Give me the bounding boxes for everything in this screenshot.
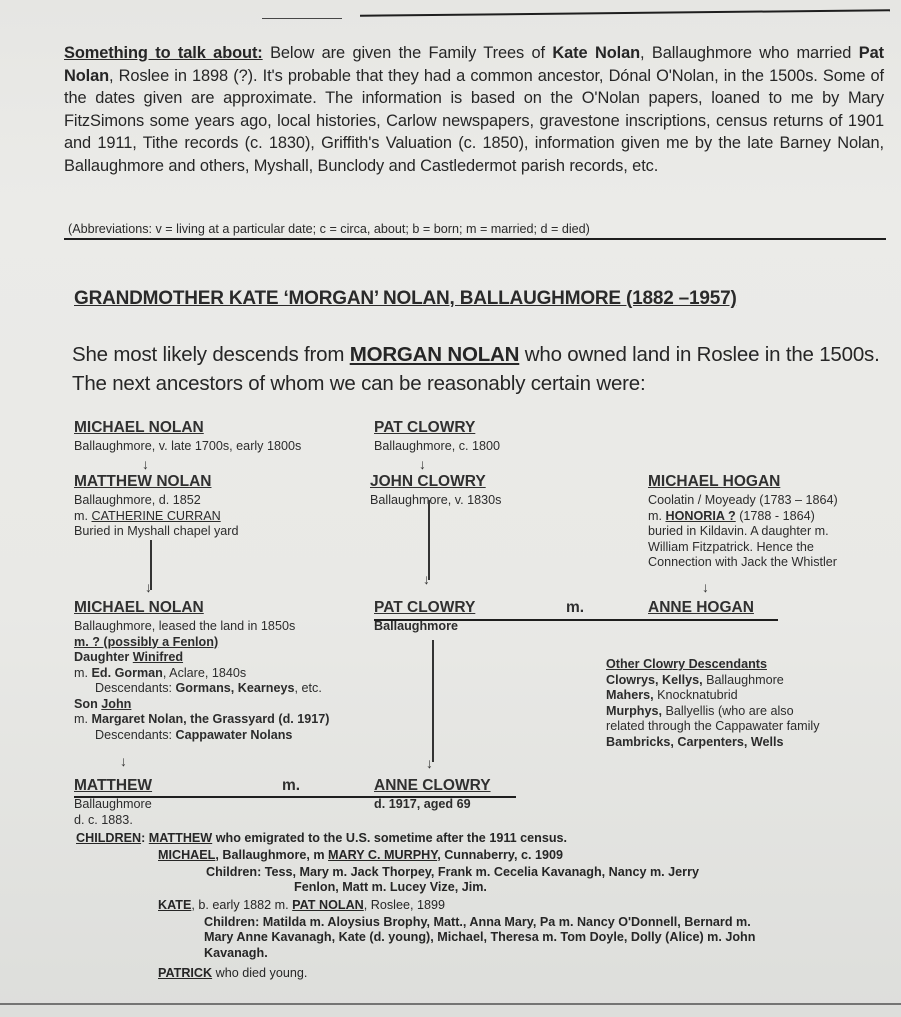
child-michael: MICHAEL, Ballaughmore, m MARY C. MURPHY,… — [158, 848, 699, 896]
child-kate: KATE, b. early 1882 m. PAT NOLAN, Roslee… — [158, 898, 755, 961]
person-anne-clowry: ANNE CLOWRY d. 1917, aged 69 — [374, 777, 491, 813]
marriage-label: m. — [566, 599, 584, 617]
person-michael-nolan-1: MICHAEL NOLAN Ballaughmore, v. late 1700… — [74, 419, 301, 455]
other-clowry-descendants: Other Clowry Descendants Clowrys, Kellys… — [606, 657, 820, 750]
children-label: CHILDREN — [76, 831, 141, 845]
child-patrick: PATRICK who died young. — [158, 966, 307, 982]
connector-line — [432, 640, 434, 762]
arrow-down-icon: ↓ — [423, 572, 430, 586]
person-pat-clowry-2: PAT CLOWRY Ballaughmore — [374, 599, 475, 635]
person-michael-hogan: MICHAEL HOGAN Coolatin / Moyeady (1783 –… — [648, 473, 838, 571]
spouse-catherine-curran: CATHERINE CURRAN — [92, 509, 221, 523]
arrow-down-icon: ↓ — [120, 754, 127, 768]
children-section: CHILDREN: MATTHEW who emigrated to the U… — [76, 831, 567, 847]
arrow-down-icon: ↓ — [702, 580, 709, 594]
arrow-down-icon: ↓ — [145, 580, 152, 594]
person-michael-nolan-2: MICHAEL NOLAN Ballaughmore, leased the l… — [74, 599, 329, 743]
person-pat-clowry-1: PAT CLOWRY Ballaughmore, c. 1800 — [374, 419, 500, 455]
person-matthew-nolan: MATTHEW NOLAN Ballaughmore, d. 1852 m. C… — [74, 473, 239, 540]
abbreviations-note: (Abbreviations: v = living at a particul… — [68, 222, 590, 236]
arrow-down-icon: ↓ — [419, 457, 426, 471]
person-matthew: MATTHEW Ballaughmore d. c. 1883. — [74, 777, 152, 828]
morgan-nolan: MORGAN NOLAN — [350, 343, 520, 366]
abbreviations-rule — [64, 238, 886, 240]
daughter-winifred: Winifred — [133, 650, 183, 664]
section-heading: GRANDMOTHER KATE ‘MORGAN’ NOLAN, BALLAUG… — [74, 288, 737, 310]
intro-paragraph: Something to talk about: Below are given… — [64, 42, 884, 178]
marriage-line — [374, 619, 778, 621]
intro-label: Something to talk about: — [64, 44, 263, 62]
top-rule — [360, 9, 890, 17]
person-john-clowry: JOHN CLOWRY Ballaughmore, v. 1830s — [370, 473, 501, 509]
bottom-rule — [0, 1003, 901, 1005]
son-john: John — [101, 697, 131, 711]
marriage-label: m. — [282, 777, 300, 795]
connector-line — [428, 500, 430, 580]
person-anne-hogan: ANNE HOGAN — [648, 599, 754, 617]
arrow-down-icon: ↓ — [142, 457, 149, 471]
arrow-down-icon: ↓ — [426, 756, 433, 770]
kate-nolan: Kate Nolan — [552, 44, 640, 62]
spouse-honoria: HONORIA ? — [666, 509, 736, 523]
top-rule — [262, 18, 342, 19]
lead-paragraph: She most likely descends from MORGAN NOL… — [72, 340, 892, 398]
